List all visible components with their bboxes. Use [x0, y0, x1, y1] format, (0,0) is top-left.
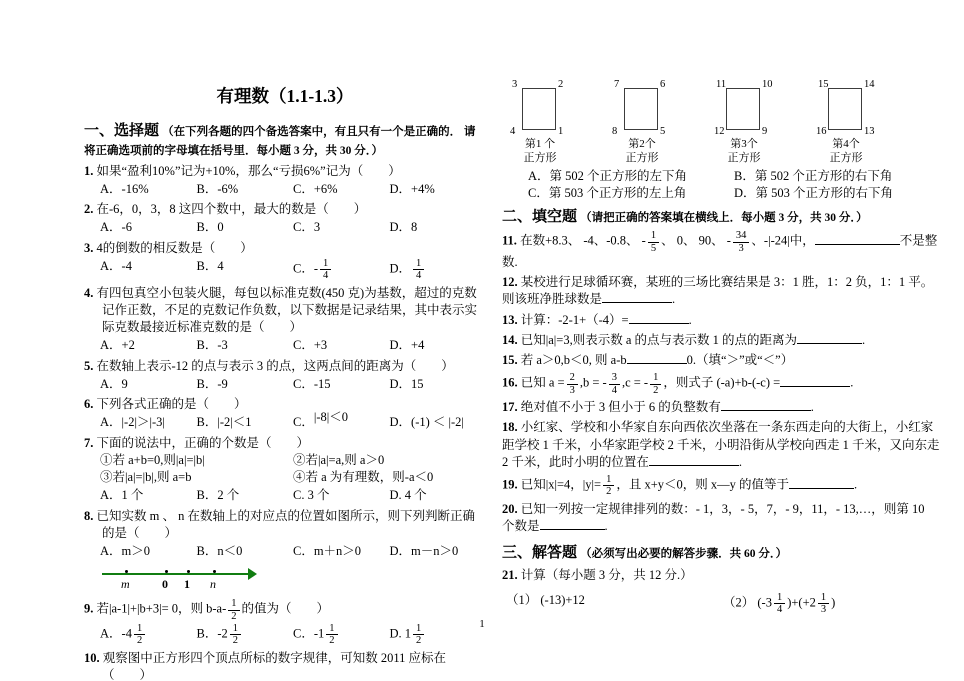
section-fill-heading: 二、填空题	[502, 209, 577, 225]
question-7-options: A．1 个 B．2 个 C. 3 个 D. 4 个	[100, 487, 486, 504]
option: B．n＜0	[197, 543, 294, 560]
option: D．(-1) ＜ |-2|	[390, 414, 487, 431]
question-number: 15.	[502, 353, 518, 367]
option-label: D．	[390, 262, 412, 276]
blank-line	[780, 375, 850, 387]
blank-line	[721, 399, 811, 411]
question-text: 在数+8.3、 -4、-0.8、 -	[520, 234, 646, 248]
right-column: 3 2 4 1 第1 个 正方形 7 6 8 5 第2个 正方形	[502, 76, 940, 616]
question-6-options: A．|-2|＞|-3| B．|-2|＜1 C．|-8|＜0 D．(-1) ＜ |…	[100, 414, 486, 431]
question-text: .	[850, 376, 853, 390]
question-text: 绝对值不小于 3 但小于 6 的负整数有	[521, 400, 721, 414]
number-line-arrow-icon	[248, 568, 257, 580]
question-4: 4. 有四包真空小包装火腿，每包以标准克数(450 克)为基数，超过的克数记作正…	[84, 285, 486, 337]
question-number: 19.	[502, 478, 518, 492]
option: C．3	[293, 219, 390, 236]
square-caption: 第4个 正方形	[814, 137, 878, 166]
fraction-numerator: 34	[733, 230, 750, 241]
question-number: 2.	[84, 202, 93, 216]
question-text: ，且 x+y＜0，则 x—y 的值等于	[616, 478, 789, 492]
option: A．1 个	[100, 487, 197, 504]
section-fill-note: （请把正确的答案填在横线上．每小题 3 分，共 30 分．）	[580, 212, 868, 224]
statement-2: ②若|a|=a,则 a＞0	[293, 452, 486, 469]
question-number: 11.	[502, 234, 517, 248]
fraction-denominator: 4	[413, 269, 424, 281]
option: B．第 502 个正方形的右下角	[734, 168, 940, 185]
option-label: C．-	[293, 262, 318, 276]
question-7-statements-row1: ①若 a+b=0,则|a|=|b| ②若|a|=a,则 a＞0	[100, 452, 486, 469]
expression: (-13)+12	[540, 593, 585, 607]
expression: )+(+2	[787, 596, 816, 610]
sub-item-2: （2） (-314)+(+213)	[723, 592, 940, 616]
corner-label: 2	[558, 80, 563, 91]
fraction-denominator: 2	[134, 634, 145, 646]
corner-label: 14	[864, 80, 875, 91]
question-text: 若 a＞0,b＜0, 则 a-b	[521, 353, 627, 367]
option: C．-15	[293, 376, 390, 393]
question-text: ，则式子 (-a)+b-(-c) =	[663, 376, 780, 390]
section-solve-heading: 三、解答题	[502, 545, 577, 561]
option: D．+4%	[390, 181, 487, 198]
option: B．-6%	[197, 181, 294, 198]
question-text: 如果“盈利10%”记为+10%，那么“亏损6%”记为（ ）	[97, 164, 401, 178]
question-text: 有四包真空小包装火腿，每包以标准克数(450 克)为基数，超过的克数记作正数，不…	[97, 286, 478, 335]
question-text: 在-6，0，3，8 这四个数中，最大的数是（ ）	[97, 202, 367, 216]
fraction-numerator: 1	[818, 592, 829, 603]
corner-label: 12	[714, 127, 725, 138]
corner-label: 15	[818, 80, 829, 91]
question-10-options-row1: A．第 502 个正方形的左下角 B．第 502 个正方形的右下角	[528, 168, 940, 185]
number-line-axis	[102, 573, 250, 575]
expression: (-3	[757, 596, 772, 610]
fraction: 13	[818, 592, 829, 616]
question-number: 20.	[502, 502, 518, 516]
option: A．m＞0	[100, 543, 197, 560]
corner-label: 7	[614, 80, 619, 91]
question-number: 13.	[502, 313, 518, 327]
question-number: 5.	[84, 359, 93, 373]
fraction: 12	[650, 372, 661, 396]
question-text: 、 0、 90、 -	[661, 234, 731, 248]
blank-line	[602, 291, 672, 303]
corner-label: 16	[816, 127, 827, 138]
question-4-options: A．+2 B．-3 C．+3 D．+4	[100, 337, 486, 354]
option: B．4	[197, 258, 294, 282]
expression: )	[831, 596, 835, 610]
fraction-denominator: 2	[603, 485, 614, 497]
fraction-numerator: 1	[650, 372, 661, 383]
question-18: 18. 小红家、学校和小华家自东向西依次坐落在一条东西走向的大街上，小红家距学校…	[502, 419, 940, 471]
square-3: 11 10 12 9 第3个 正方形	[712, 76, 776, 166]
question-20: 20. 已知一列按一定规律排列的数：- 1，3，- 5，7，- 9，11，- 1…	[502, 501, 940, 536]
question-3: 3. 4的倒数的相反数是（ ）	[84, 240, 486, 257]
question-number: 18.	[502, 420, 518, 434]
question-text: 已知实数 m 、 n 在数轴上的对应点的位置如图所示，则下列判断正确的是（ ）	[97, 509, 475, 540]
blank-line	[789, 477, 854, 489]
question-text: ,b = -	[580, 376, 607, 390]
question-text: 下列各式正确的是（ ）	[97, 397, 247, 411]
number-line-label-m: m	[121, 576, 130, 593]
question-text: 已知 a =	[521, 376, 565, 390]
page-title: 有理数（1.1-1.3）	[84, 84, 486, 108]
option: B．|-2|＜1	[197, 414, 294, 431]
fraction-denominator: 2	[230, 634, 241, 646]
option: C．第 503 个正方形的左上角	[528, 185, 734, 202]
blank-line	[540, 518, 605, 530]
fraction-denominator: 2	[326, 634, 337, 646]
square-2: 7 6 8 5 第2个 正方形	[610, 76, 674, 166]
option: B．2 个	[197, 487, 294, 504]
fraction-denominator: 2	[650, 384, 661, 396]
option: C. 3 个	[293, 487, 390, 504]
square-caption-line2: 正方形	[610, 151, 674, 165]
question-text: 4的倒数的相反数是（ ）	[97, 241, 253, 255]
question-number: 8.	[84, 509, 93, 523]
option: A．-4	[100, 258, 197, 282]
corner-label: 3	[512, 80, 517, 91]
fraction-denominator: 5	[648, 242, 659, 254]
question-text: .	[672, 292, 675, 306]
option: A．|-2|＞|-3|	[100, 414, 197, 431]
number-line-label-n: n	[210, 576, 216, 593]
question-text: 若|a-1|+|b+3|= 0，则 b-a-	[97, 602, 227, 616]
option: A．第 502 个正方形的左下角	[528, 168, 734, 185]
statement-3: ③若|a|=|b|,则 a=b	[100, 469, 293, 486]
question-21: 21. 计算（每小题 3 分，共 12 分.）	[502, 567, 940, 584]
question-13: 13. 计算：-2-1+（-4）=.	[502, 312, 940, 329]
square-1: 3 2 4 1 第1 个 正方形	[508, 76, 572, 166]
fraction-numerator: 1	[648, 230, 659, 241]
square-shape	[624, 88, 658, 130]
blank-line	[797, 332, 862, 344]
option: A．-16%	[100, 181, 197, 198]
question-text: 的值为（ ）	[242, 602, 330, 616]
fraction: 34	[609, 372, 620, 396]
question-11: 11. 在数+8.3、 -4、-0.8、 -15、 0、 90、 -343、-|…	[502, 230, 940, 271]
question-1-options: A．-16% B．-6% C．+6% D．+4%	[100, 181, 486, 198]
section-choice: 一、选择题 （在下列各题的四个备选答案中，有且只有一个是正确的． 请将正确选项前…	[84, 121, 486, 160]
blank-line	[815, 233, 900, 245]
question-number: 3.	[84, 241, 93, 255]
option: C．+6%	[293, 181, 390, 198]
exam-page: 有理数（1.1-1.3） 一、选择题 （在下列各题的四个备选答案中，有且只有一个…	[0, 0, 964, 681]
question-text: 已知|x|=4，|y|=	[521, 478, 601, 492]
question-text: 计算：-2-1+（-4）=	[521, 313, 629, 327]
fraction-denominator: 4	[320, 269, 331, 281]
blank-line	[649, 454, 739, 466]
question-14: 14. 已知|a|=3,则表示数 a 的点与表示数 1 的点的距离为.	[502, 332, 940, 349]
fraction-numerator: 1	[603, 474, 614, 485]
option: C．+3	[293, 337, 390, 354]
left-column: 有理数（1.1-1.3） 一、选择题 （在下列各题的四个备选答案中，有且只有一个…	[84, 84, 486, 681]
question-text: 、-|-24|中，	[751, 234, 814, 248]
question-text: .	[739, 455, 742, 469]
corner-label: 8	[612, 127, 617, 138]
corner-label: 11	[716, 80, 726, 91]
sub-item-1: （1） (-13)+12	[506, 592, 723, 616]
square-caption: 第1 个 正方形	[508, 137, 572, 166]
fraction: 12	[603, 474, 614, 498]
fraction-numerator: 3	[609, 372, 620, 383]
section-fill: 二、填空题 （请把正确的答案填在横线上．每小题 3 分，共 30 分．）	[502, 207, 940, 228]
section-choice-heading: 一、选择题	[84, 123, 159, 139]
square-caption-line1: 第3个	[712, 137, 776, 151]
question-number: 16.	[502, 376, 518, 390]
question-text: .	[854, 478, 857, 492]
option: C．|-8|＜0	[293, 414, 390, 431]
number-line-label-0: 0	[162, 576, 168, 593]
question-number: 12.	[502, 275, 518, 289]
question-number: 17.	[502, 400, 518, 414]
question-12: 12. 某校进行足球循环赛，某班的三场比赛结果是 3：1 胜，1：2 负，1：1…	[502, 274, 940, 309]
corner-label: 1	[558, 127, 563, 138]
square-4: 15 14 16 13 第4个 正方形	[814, 76, 878, 166]
question-1: 1. 如果“盈利10%”记为+10%，那么“亏损6%”记为（ ）	[84, 163, 486, 180]
option: D．m－n＞0	[390, 543, 487, 560]
corner-label: 4	[510, 127, 515, 138]
square-shape	[828, 88, 862, 130]
fraction-numerator: 2	[567, 372, 578, 383]
square-caption-line1: 第2个	[610, 137, 674, 151]
corner-label: 6	[660, 80, 665, 91]
question-number: 10.	[84, 651, 100, 665]
question-7-statements-row2: ③若|a|=|b|,则 a=b ④若 a 为有理数，则-a＜0	[100, 469, 486, 486]
square-caption-line1: 第1 个	[508, 137, 572, 151]
option: D．14	[390, 258, 487, 282]
corner-label: 5	[660, 127, 665, 138]
number-line-figure: m 0 1 n	[102, 563, 272, 595]
option-label: C．	[293, 415, 314, 429]
question-5: 5. 在数轴上表示-12 的点与表示 3 的点，这两点间的距离为（ ）	[84, 358, 486, 375]
square-shape	[726, 88, 760, 130]
fraction: 14	[320, 258, 331, 282]
question-5-options: A．9 B．-9 C．-15 D．15	[100, 376, 486, 393]
sub-item-label: （2）	[723, 596, 754, 610]
question-number: 6.	[84, 397, 93, 411]
fraction-numerator: 1	[320, 258, 331, 269]
question-number: 7.	[84, 436, 93, 450]
question-number: 14.	[502, 333, 518, 347]
question-21-items: （1） (-13)+12 （2） (-314)+(+213)	[506, 592, 940, 616]
question-19: 19. 已知|x|=4，|y|=12，且 x+y＜0，则 x—y 的值等于.	[502, 474, 940, 498]
fraction-denominator: 4	[609, 384, 620, 396]
question-8-options: A．m＞0 B．n＜0 C．m＋n＞0 D．m－n＞0	[100, 543, 486, 560]
question-15: 15. 若 a＞0,b＜0, 则 a-b0.（填“＞”或“＜”）	[502, 352, 940, 369]
fraction-denominator: 3	[733, 242, 750, 254]
fraction-numerator: 1	[228, 598, 239, 609]
question-text: .	[811, 400, 814, 414]
question-number: 9.	[84, 602, 93, 616]
question-2: 2. 在-6，0，3，8 这四个数中，最大的数是（ ）	[84, 201, 486, 218]
question-text: 观察图中正方形四个顶点所标的数字规律，可知数 2011 应标在（ ）	[102, 651, 446, 681]
corner-label: 9	[762, 127, 767, 138]
statement-1: ①若 a+b=0,则|a|=|b|	[100, 452, 293, 469]
option: B．-3	[197, 337, 294, 354]
square-caption-line2: 正方形	[712, 151, 776, 165]
square-caption-line2: 正方形	[814, 151, 878, 165]
question-text: .	[862, 333, 865, 347]
question-8: 8. 已知实数 m 、 n 在数轴上的对应点的位置如图所示，则下列判断正确的是（…	[84, 508, 486, 543]
question-10: 10. 观察图中正方形四个顶点所标的数字规律，可知数 2011 应标在（ ）	[84, 650, 486, 681]
fraction: 14	[413, 258, 424, 282]
option: A．9	[100, 376, 197, 393]
question-text: 计算（每小题 3 分，共 12 分.）	[521, 568, 693, 582]
option: B．0	[197, 219, 294, 236]
option-expression: |-8|＜0	[314, 409, 348, 426]
option: D．8	[390, 219, 487, 236]
question-text: 在数轴上表示-12 的点与表示 3 的点，这两点间的距离为（ ）	[97, 359, 454, 373]
fraction-numerator: 1	[413, 258, 424, 269]
fraction-denominator: 3	[818, 603, 829, 615]
fraction-denominator: 3	[567, 384, 578, 396]
square-caption: 第3个 正方形	[712, 137, 776, 166]
question-2-options: A．-6 B．0 C．3 D．8	[100, 219, 486, 236]
number-line-label-1: 1	[184, 576, 190, 593]
fraction: 23	[567, 372, 578, 396]
question-text: .	[605, 519, 608, 533]
question-text: 0.（填“＞”或“＜”）	[687, 353, 794, 367]
option: D．+4	[390, 337, 487, 354]
section-solve-note: （必须写出必要的解答步骤．共 60 分．）	[580, 548, 787, 560]
option: A．+2	[100, 337, 197, 354]
question-number: 1.	[84, 164, 93, 178]
option: D. 4 个	[390, 487, 487, 504]
question-number: 4.	[84, 286, 93, 300]
square-caption-line1: 第4个	[814, 137, 878, 151]
question-17: 17. 绝对值不小于 3 但小于 6 的负整数有.	[502, 399, 940, 416]
square-caption: 第2个 正方形	[610, 137, 674, 166]
fraction: 14	[774, 592, 785, 616]
fraction-numerator: 1	[774, 592, 785, 603]
question-text: 已知|a|=3,则表示数 a 的点与表示数 1 的点的距离为	[521, 333, 797, 347]
fraction-denominator: 2	[413, 634, 424, 646]
question-10-options: A．第 502 个正方形的左下角 B．第 502 个正方形的右下角 C．第 50…	[528, 168, 940, 203]
question-number: 21.	[502, 568, 518, 582]
question-7: 7. 下面的说法中，正确的个数是（ ）	[84, 435, 486, 452]
question-16: 16. 已知 a =23,b = -34,c = -12，则式子 (-a)+b-…	[502, 372, 940, 396]
option: B．-9	[197, 376, 294, 393]
blank-line	[627, 352, 687, 364]
question-text: 下面的说法中，正确的个数是（ ）	[97, 436, 310, 450]
option: A．-6	[100, 219, 197, 236]
fraction-denominator: 4	[774, 603, 785, 615]
question-3-options: A．-4 B．4 C．-14 D．14	[100, 258, 486, 282]
option: C．m＋n＞0	[293, 543, 390, 560]
statement-4: ④若 a 为有理数，则-a＜0	[293, 469, 486, 486]
corner-label: 10	[762, 80, 773, 91]
blank-line	[629, 312, 689, 324]
option: D．第 503 个正方形的右下角	[734, 185, 940, 202]
question-6: 6. 下列各式正确的是（ ）	[84, 396, 486, 413]
corner-label: 13	[864, 127, 875, 138]
question-text: 某校进行足球循环赛，某班的三场比赛结果是 3：1 胜，1：2 负，1：1 平。则…	[502, 275, 933, 306]
square-caption-line2: 正方形	[508, 151, 572, 165]
fraction: 15	[648, 230, 659, 254]
option: D．15	[390, 376, 487, 393]
squares-figure: 3 2 4 1 第1 个 正方形 7 6 8 5 第2个 正方形	[502, 76, 940, 166]
section-solve: 三、解答题 （必须写出必要的解答步骤．共 60 分．）	[502, 543, 940, 564]
question-text: ,c = -	[622, 376, 648, 390]
question-10-options-row2: C．第 503 个正方形的左上角 D．第 503 个正方形的右下角	[528, 185, 940, 202]
sub-item-label: （1）	[506, 593, 537, 607]
question-text: .	[689, 313, 692, 327]
option: C．-14	[293, 258, 390, 282]
page-number: 1	[0, 617, 964, 632]
fraction: 343	[733, 230, 750, 254]
square-shape	[522, 88, 556, 130]
